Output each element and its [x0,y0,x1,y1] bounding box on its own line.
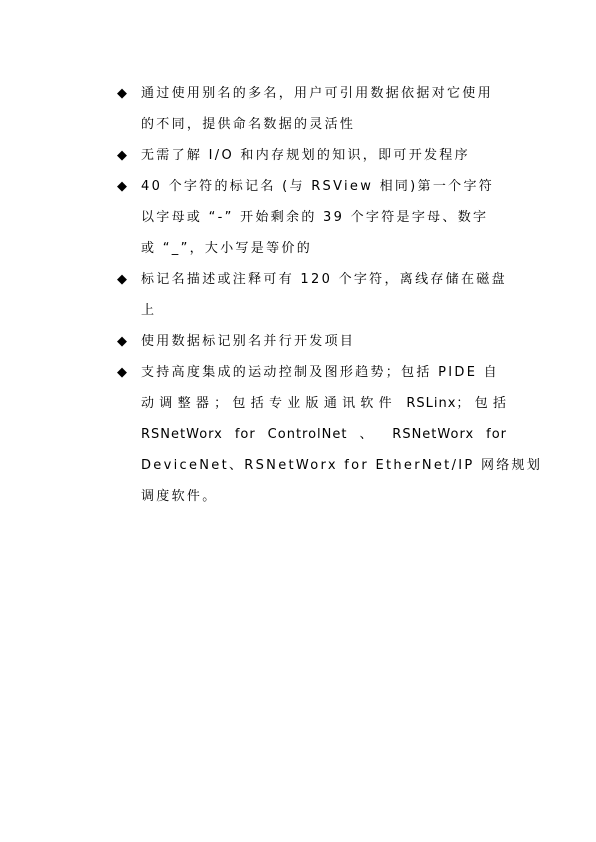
item-text-line: 调度软件。 [141,481,507,512]
feature-list: ◆ 通过使用别名的多名，用户可引用数据依据对它使用 的不同，提供命名数据的灵活性… [117,78,507,512]
list-item: ◆ 标记名描述或注释可有 120 个字符，离线存储在磁盘 上 [117,264,507,326]
item-text-line: 或 “_”，大小写是等价的 [141,233,507,264]
item-text-line: 以字母或 “-” 开始剩余的 39 个字符是字母、数字 [141,202,507,233]
list-item: ◆ 无需了解 I/O 和内存规划的知识，即可开发程序 [117,140,507,171]
item-text-line: RSNetWorx for ControlNet 、 RSNetWorx for [141,419,507,450]
item-text-line: 无需了解 I/O 和内存规划的知识，即可开发程序 [141,140,507,171]
diamond-bullet-icon: ◆ [117,326,133,357]
item-text-line: DeviceNet、RSNetWorx for EtherNet/IP 网络规划 [141,450,507,481]
item-text-line: 标记名描述或注释可有 120 个字符，离线存储在磁盘 [141,264,507,295]
item-text-line: 通过使用别名的多名，用户可引用数据依据对它使用 [141,78,507,109]
item-text-line: 动调整器；包括专业版通讯软件 RSLinx；包括 [141,388,507,419]
document-page: ◆ 通过使用别名的多名，用户可引用数据依据对它使用 的不同，提供命名数据的灵活性… [0,0,596,842]
item-text-line: 40 个字符的标记名 (与 RSView 相同)第一个字符 [141,171,507,202]
list-item: ◆ 支持高度集成的运动控制及图形趋势；包括 PIDE 自 动调整器；包括专业版通… [117,357,507,512]
list-item: ◆ 40 个字符的标记名 (与 RSView 相同)第一个字符 以字母或 “-”… [117,171,507,264]
item-text-line: 的不同，提供命名数据的灵活性 [141,109,507,140]
list-item: ◆ 通过使用别名的多名，用户可引用数据依据对它使用 的不同，提供命名数据的灵活性 [117,78,507,140]
diamond-bullet-icon: ◆ [117,264,133,295]
diamond-bullet-icon: ◆ [117,78,133,109]
list-item: ◆ 使用数据标记别名并行开发项目 [117,326,507,357]
diamond-bullet-icon: ◆ [117,171,133,202]
item-text-line: 支持高度集成的运动控制及图形趋势；包括 PIDE 自 [141,357,507,388]
item-text-line: 使用数据标记别名并行开发项目 [141,326,507,357]
item-text-line: 上 [141,295,507,326]
diamond-bullet-icon: ◆ [117,140,133,171]
diamond-bullet-icon: ◆ [117,357,133,388]
